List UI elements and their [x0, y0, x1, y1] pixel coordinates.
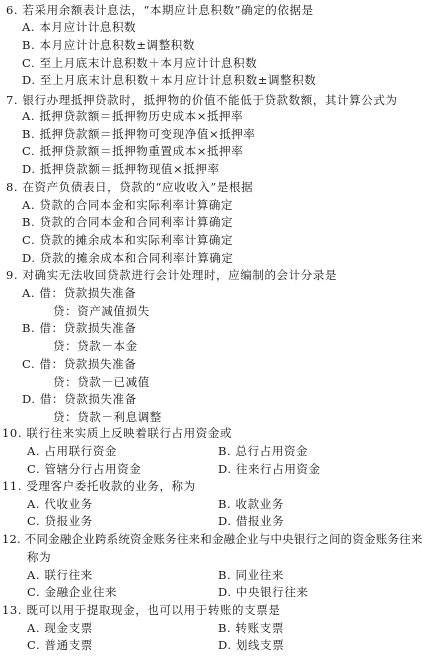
question-number: 6.	[6, 3, 18, 17]
option-c: C. 至上月底末计息积数＋本月应计计息积数	[22, 55, 257, 72]
option-b: B. 贷款的合同本金和合同利率计算确定	[22, 214, 233, 231]
option-b: B. 收款业务	[218, 496, 284, 513]
question-stem: 若采用余额表计息法，“本期应计息积数”确定的依据是	[22, 3, 313, 17]
option-b: B. 本月应计计息积数±调整积数	[22, 37, 195, 54]
question-6: 6. 若采用余额表计息法，“本期应计息积数”确定的依据是	[6, 2, 314, 19]
option-b: B. 转账支票	[218, 620, 284, 637]
question-12: 12. 不同金融企业跨系统资金账务往来和金融企业与中央银行之间的资金账务往来	[2, 531, 423, 548]
option-c: C. 普通支票	[27, 637, 93, 654]
question-9: 9. 对确实无法收回贷款进行会计处理时，应编制的会计分录是	[6, 267, 337, 284]
option-d: D. 抵押贷款额＝抵押物现值×抵押率	[22, 161, 220, 178]
option-d: D. 至上月底末计息积数＋本月应计计息积数±调整积数	[22, 72, 316, 89]
question-stem: 对确实无法收回贷款进行会计处理时，应编制的会计分录是	[22, 268, 337, 282]
option-d: D. 往来行占用资金	[218, 461, 321, 478]
option-c: C. 管辖分行占用资金	[27, 461, 141, 478]
question-8: 8. 在资产负债表日，贷款的“应收收入”是根据	[6, 179, 253, 196]
question-12-continuation: 称为	[27, 549, 51, 566]
question-number: 10.	[2, 426, 22, 440]
option-d-debit: D. 借：贷款损失准备	[22, 391, 137, 408]
option-b: B. 抵押贷款额＝抵押物可变现净值×抵押率	[22, 126, 256, 143]
option-d: D. 划线支票	[218, 637, 284, 654]
question-number: 13.	[2, 603, 22, 617]
option-d: D. 贷款的摊余成本和合同利率计算确定	[22, 250, 234, 267]
question-number: 12.	[2, 532, 21, 546]
question-stem: 受理客户委托收款的业务，称为	[26, 479, 195, 493]
question-number: 9.	[6, 268, 18, 282]
option-b-credit: 贷：贷款－本金	[53, 338, 138, 355]
question-13: 13. 既可以用于提取现金，也可以用于转账的支票是	[2, 602, 280, 619]
option-b: B. 总行占用资金	[218, 443, 308, 460]
option-a-debit: A. 借：贷款损失准备	[22, 285, 136, 302]
option-c-debit: C. 借：贷款损失准备	[22, 356, 136, 373]
option-d: D. 中央银行往来	[218, 584, 309, 601]
question-stem: 既可以用于提取现金，也可以用于转账的支票是	[26, 603, 280, 617]
option-a: A. 联行往来	[27, 567, 93, 584]
question-stem: 联行往来实质上反映着联行占用资金或	[26, 426, 232, 440]
option-a: A. 代收业务	[27, 496, 93, 513]
option-c: C. 贷款的摊余成本和实际利率计算确定	[22, 232, 233, 249]
option-a-credit: 贷：资产减值损失	[53, 303, 150, 320]
question-number: 7.	[6, 93, 18, 107]
option-a: A. 本月应计计息积数	[22, 19, 136, 36]
option-c-credit: 贷：贷款－已减值	[53, 374, 150, 391]
question-stem: 银行办理抵押贷款时，抵押物的价值不能低于贷款数额，其计算公式为	[22, 93, 397, 107]
question-stem: 不同金融企业跨系统资金账务往来和金融企业与中央银行之间的资金账务往来	[25, 532, 423, 546]
option-a: A. 占用联行资金	[27, 443, 117, 460]
option-c: C. 金融企业往来	[27, 584, 117, 601]
question-number: 11.	[2, 479, 22, 493]
option-a: A. 现金支票	[27, 620, 93, 637]
option-c: C. 贷报业务	[27, 513, 93, 530]
option-a: A. 贷款的合同本金和实际利率计算确定	[22, 197, 233, 214]
question-stem: 在资产负债表日，贷款的“应收收入”是根据	[22, 180, 253, 194]
question-7: 7. 银行办理抵押贷款时，抵押物的价值不能低于贷款数额，其计算公式为	[6, 92, 398, 109]
option-d: D. 借报业务	[218, 513, 284, 530]
option-d-credit: 贷：贷款－利息调整	[53, 409, 162, 426]
question-11: 11. 受理客户委托收款的业务，称为	[2, 478, 196, 495]
question-number: 8.	[6, 180, 18, 194]
option-a: A. 抵押贷款额＝抵押物历史成本×抵押率	[22, 108, 243, 125]
option-b-debit: B. 借：贷款损失准备	[22, 320, 136, 337]
option-b: B. 同业往来	[218, 567, 284, 584]
option-c: C. 抵押贷款额＝抵押物重置成本×抵押率	[22, 143, 243, 160]
question-10: 10. 联行往来实质上反映着联行占用资金或	[2, 425, 232, 442]
exam-page: 6. 若采用余额表计息法，“本期应计息积数”确定的依据是 A. 本月应计计息积数…	[0, 0, 435, 656]
